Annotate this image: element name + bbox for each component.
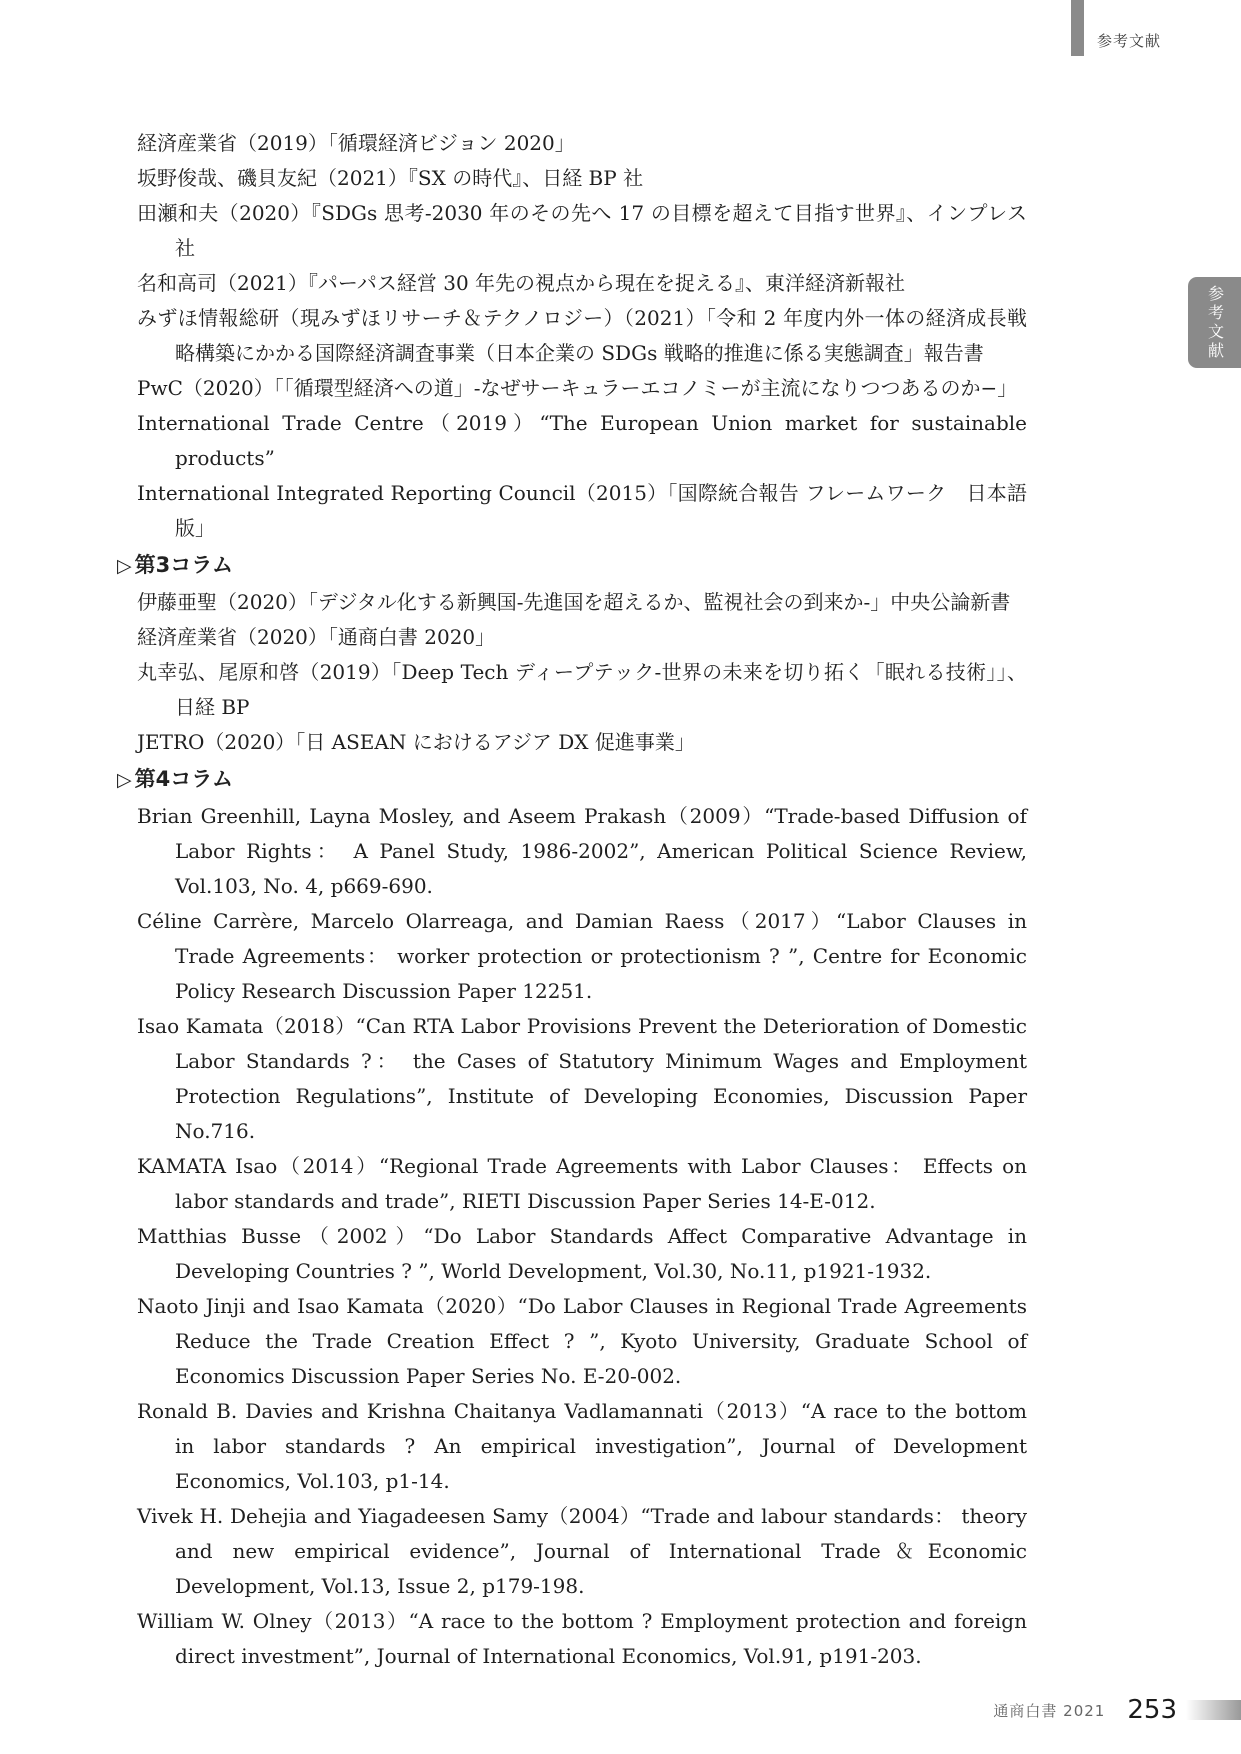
footer-gradient-bar (1186, 1700, 1241, 1720)
triangle-marker-icon: ▷ (117, 769, 132, 791)
reference-item: KAMATA Isao（2014）“Regional Trade Agreeme… (137, 1149, 1027, 1219)
reference-item: Céline Carrère, Marcelo Olarreaga, and D… (137, 904, 1027, 1009)
reference-item: International Trade Centre（2019）“The Eur… (137, 406, 1027, 476)
reference-item: Brian Greenhill, Layna Mosley, and Aseem… (137, 799, 1027, 904)
reference-item: PwC（2020）「「循環型経済への道」-なぜサーキュラーエコノミーが主流になり… (137, 371, 1027, 406)
reference-item: Ronald B. Davies and Krishna Chaitanya V… (137, 1394, 1027, 1499)
chapter-side-tab: 参考文献 (1188, 277, 1241, 368)
reference-item: みずほ情報総研（現みずほリサーチ＆テクノロジー）（2021）「令和 2 年度内外… (137, 301, 1027, 371)
section-heading-label: 第3コラム (135, 553, 233, 577)
page-footer: 通商白書 2021 253 (993, 1694, 1241, 1726)
footer-page-number: 253 (1127, 1695, 1177, 1725)
reference-item: 田瀬和夫（2020）『SDGs 思考-2030 年のその先へ 17 の目標を超え… (137, 196, 1027, 266)
reference-item: 名和高司（2021）『パーパス経営 30 年先の視点から現在を捉える』、東洋経済… (137, 266, 1027, 301)
reference-item: JETRO（2020）「日 ASEAN におけるアジア DX 促進事業」 (137, 725, 1027, 760)
reference-item: 経済産業省（2019）「循環経済ビジョン 2020」 (137, 126, 1027, 161)
reference-item: Vivek H. Dehejia and Yiagadeesen Samy（20… (137, 1499, 1027, 1604)
reference-item: 経済産業省（2020）「通商白書 2020」 (137, 620, 1027, 655)
section-heading-label: 第4コラム (135, 767, 233, 791)
reference-item: 坂野俊哉、磯貝友紀（2021）『SX の時代』、日経 BP 社 (137, 161, 1027, 196)
header-accent-bar (1071, 0, 1084, 56)
reference-item: International Integrated Reporting Counc… (137, 476, 1027, 546)
reference-item: Isao Kamata（2018）“Can RTA Labor Provisio… (137, 1009, 1027, 1149)
side-tab-label: 参考文献 (1207, 285, 1223, 361)
reference-item: Naoto Jinji and Isao Kamata（2020）“Do Lab… (137, 1289, 1027, 1394)
footer-book-title: 通商白書 2021 (993, 1700, 1105, 1721)
section-heading-column-4: ▷第4コラム (117, 762, 1027, 798)
references-list: 経済産業省（2019）「循環経済ビジョン 2020」 坂野俊哉、磯貝友紀（202… (137, 126, 1027, 1674)
triangle-marker-icon: ▷ (117, 555, 132, 577)
section-heading-column-3: ▷第3コラム (117, 548, 1027, 584)
reference-item: William W. Olney（2013）“A race to the bot… (137, 1604, 1027, 1674)
reference-item: Matthias Busse（2002）“Do Labor Standards … (137, 1219, 1027, 1289)
reference-item: 丸幸弘、尾原和啓（2019）「Deep Tech ディープテック-世界の未来を切… (137, 655, 1027, 725)
running-head-label: 参考文献 (1097, 30, 1161, 51)
reference-item: 伊藤亜聖（2020）「デジタル化する新興国-先進国を超えるか、監視社会の到来か-… (137, 585, 1027, 620)
